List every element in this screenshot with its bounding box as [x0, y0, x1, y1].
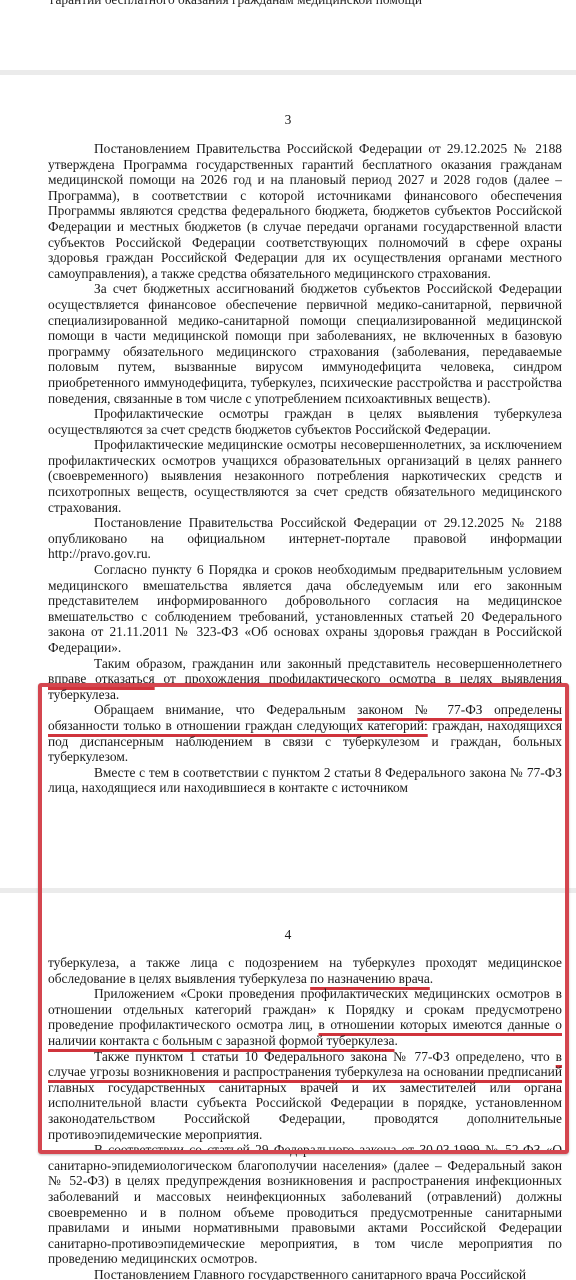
paragraph: Профилактические медицинские осмотры нес… [48, 437, 562, 515]
paragraph: Вместе с тем в соответствии с пунктом 2 … [48, 765, 562, 796]
page-number: 3 [0, 112, 576, 128]
paragraph: Согласно пункту 6 Порядка и сроков необх… [48, 562, 562, 656]
paragraph-text: Обращаем внимание, что Федеральным [94, 702, 357, 717]
paragraph: Таким образом, гражданин или законный пр… [48, 656, 562, 703]
paragraph: Приложением «Сроки проведения профилакти… [48, 986, 562, 1048]
paragraph-text: Согласно пункту 6 Порядка и сроков необх… [48, 562, 562, 655]
page-2-last-line: гарантий бесплатного оказания гражданам … [50, 0, 422, 8]
paragraph: Профилактические осмотры граждан в целях… [48, 406, 562, 437]
paragraph: Обращаем внимание, что Федеральным закон… [48, 702, 562, 764]
paragraph-text: Профилактические медицинские осмотры нес… [48, 437, 562, 514]
paragraph-text: Постановлением Главного государственного… [94, 1267, 526, 1280]
paragraph: Постановление Правительства Российской Ф… [48, 515, 562, 562]
paragraph-text: Также пунктом 1 статьи 10 Федерального з… [94, 1049, 556, 1064]
page-2-bottom: гарантий бесплатного оказания гражданам … [0, 0, 576, 70]
page-4-body: туберкулеза, а также лица с подозрением … [48, 955, 562, 1280]
paragraph-text: . [394, 1033, 397, 1048]
page-4: 4 туберкулеза, а также лица с подозрение… [0, 893, 576, 1280]
document-viewer[interactable]: гарантий бесплатного оказания гражданам … [0, 0, 576, 1280]
paragraph-text: За счет бюджетных ассигнований бюджетов … [48, 281, 562, 405]
paragraph: Постановлением Главного государственного… [48, 1267, 562, 1280]
paragraph-text: главных государственных санитарных враче… [48, 1080, 562, 1142]
paragraph-text: туберкулеза, а также лица с подозрением … [48, 955, 562, 986]
underlined-emphasis: по назначению врача [310, 971, 430, 986]
paragraph-text: В соответствии со статьей 29 Федеральног… [48, 1142, 562, 1266]
page-number: 4 [0, 927, 576, 943]
page-3: 3 Постановлением Правительства Российско… [0, 75, 576, 890]
paragraph-text: Таким образом, гражданин или законный пр… [94, 656, 562, 671]
paragraph: Также пунктом 1 статьи 10 Федерального з… [48, 1049, 562, 1143]
paragraph-text: Профилактические осмотры граждан в целях… [48, 406, 562, 437]
underlined-emphasis: вправе отказаться [48, 671, 155, 686]
paragraph: туберкулеза, а также лица с подозрением … [48, 955, 562, 986]
paragraph-text: Постановлением Правительства Российской … [48, 141, 562, 281]
page-3-body: Постановлением Правительства Российской … [48, 141, 562, 796]
paragraph-text: Вместе с тем в соответствии с пунктом 2 … [48, 765, 562, 796]
paragraph-text: . [430, 971, 433, 986]
paragraph: Постановлением Правительства Российской … [48, 141, 562, 281]
paragraph: В соответствии со статьей 29 Федеральног… [48, 1142, 562, 1267]
paragraph: За счет бюджетных ассигнований бюджетов … [48, 281, 562, 406]
paragraph-text: Постановление Правительства Российской Ф… [48, 515, 562, 561]
